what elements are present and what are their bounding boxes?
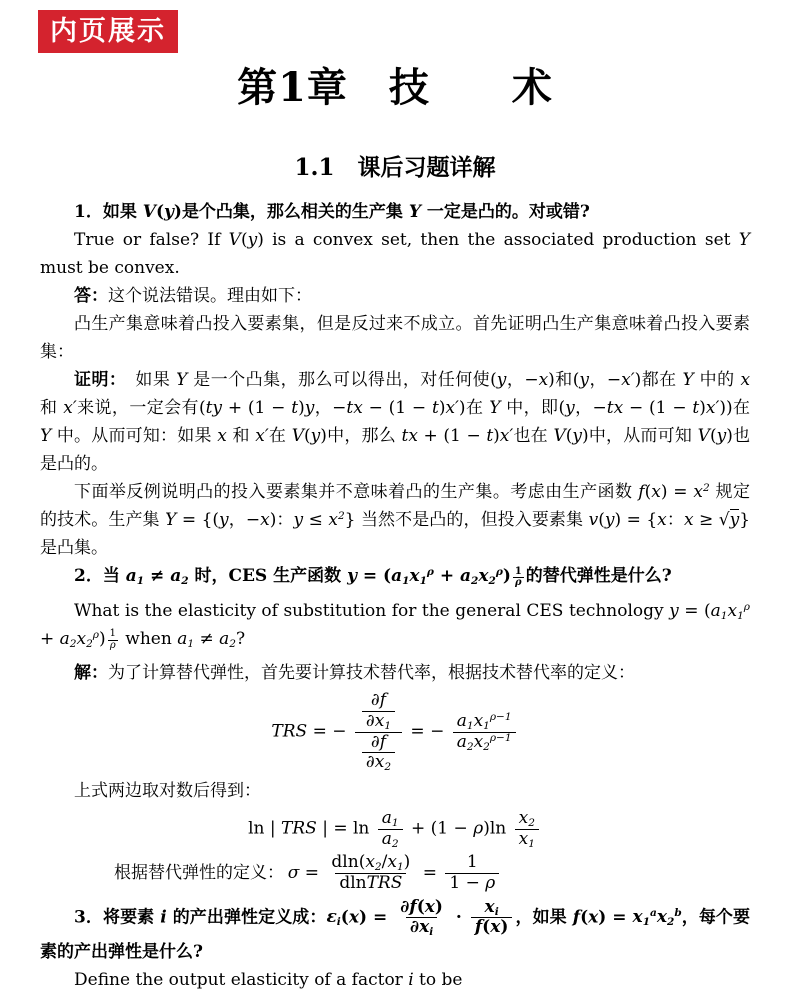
section-title: 1.1 课后习题详解 bbox=[0, 149, 790, 182]
convexity-paragraph: 凸生产集意味着凸投入要素集，但是反过来不成立。首先证明凸生产集意味着凸投入要素集… bbox=[40, 310, 750, 366]
page-body: 1．如果 V(y)是个凸集，那么相关的生产集 Y 一定是凸的。对或错? True… bbox=[0, 198, 790, 994]
ln-trs-formula: ln | TRS | = ln a1a2 + (1 − ρ)ln x2x1 bbox=[40, 809, 750, 849]
question-1-english: True or false? If V(y) is a convex set, … bbox=[40, 226, 750, 282]
counterexample-paragraph: 下面举反例说明凸的投入要素集并不意味着凸的生产集。考虑由生产函数 f(x) = … bbox=[40, 478, 750, 562]
sigma-formula: σ = dln(x2/x1)dlnTRS = 11 − ρ bbox=[288, 863, 502, 883]
proof-paragraph: 证明： 如果 Y 是一个凸集，那么可以得出，对任何使(y，−x)和(y，−x′)… bbox=[40, 366, 750, 478]
solution-line: 解：为了计算替代弹性，首先要计算技术替代率，根据技术替代率的定义： bbox=[40, 659, 750, 687]
sigma-row: 根据替代弹性的定义： σ = dln(x2/x1)dlnTRS = 11 − ρ bbox=[40, 853, 750, 893]
log-note: 上式两边取对数后得到： bbox=[40, 777, 750, 805]
trs-formula: TRS = − ∂f∂x1∂f∂x2 = − a1x1ρ−1a2x2ρ−1 bbox=[40, 691, 750, 773]
sigma-definition-label: 根据替代弹性的定义： bbox=[80, 859, 284, 887]
inner-page-badge: 内页展示 bbox=[38, 10, 178, 53]
question-2-english: What is the elasticity of substitution f… bbox=[40, 597, 750, 660]
question-3: 3．将要素 i 的产出弹性定义成：εi(x) = ∂f(x)∂xi · xif(… bbox=[40, 898, 750, 966]
question-1: 1．如果 V(y)是个凸集，那么相关的生产集 Y 一定是凸的。对或错? bbox=[40, 198, 750, 226]
answer-line: 答：这个说法错误。理由如下： bbox=[40, 282, 750, 310]
textbook-page: 内页展示 第1章 技 术 1.1 课后习题详解 1．如果 V(y)是个凸集，那么… bbox=[0, 0, 790, 996]
question-3-english: Define the output elasticity of a factor… bbox=[40, 966, 750, 994]
question-2: 2．当 a1 ≠ a2 时，CES 生产函数 y = (a1x1ρ + a2x2… bbox=[40, 562, 750, 597]
